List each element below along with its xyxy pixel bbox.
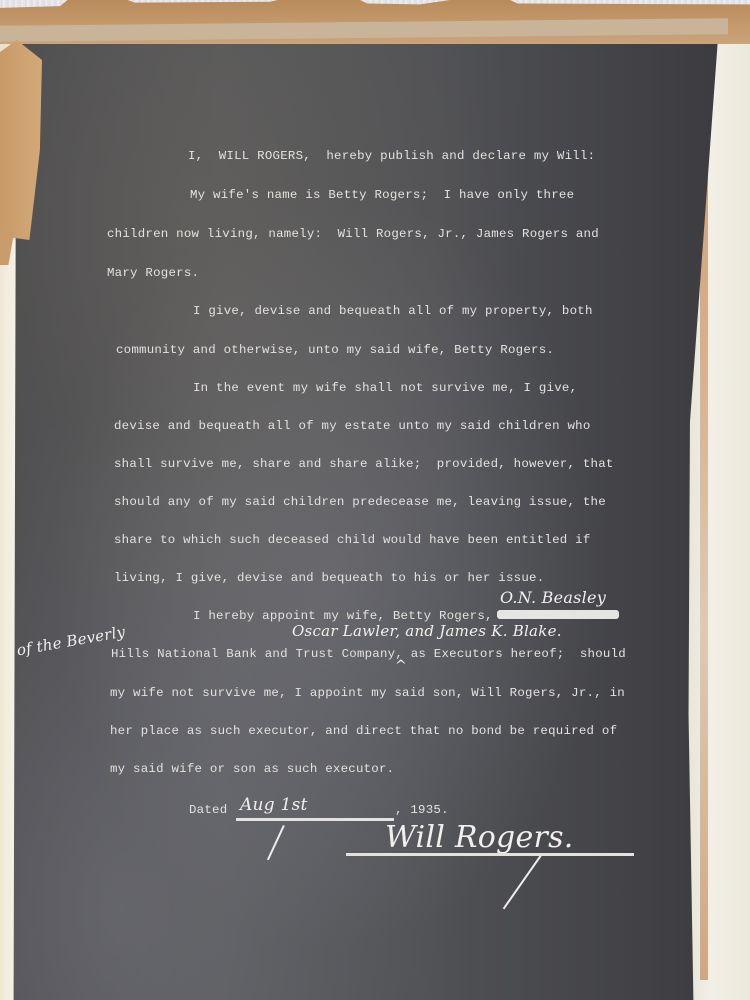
text-line: Mary Rogers. [107, 266, 199, 280]
text-line: my wife not survive me, I appoint my sai… [110, 686, 625, 700]
dated-label: Dated [189, 803, 227, 817]
struck-out-text [497, 610, 619, 619]
text-line: I give, devise and bequeath all of my pr… [193, 304, 593, 318]
date-underline [236, 818, 394, 821]
photo-scene: I, WILL ROGERS, hereby publish and decla… [0, 0, 750, 1000]
text-line: devise and bequeath all of my estate unt… [114, 419, 591, 433]
text-line: shall survive me, share and share alike;… [114, 457, 614, 471]
text-line: her place as such executor, and direct t… [110, 724, 617, 738]
text-line: My wife's name is Betty Rogers; I have o… [190, 188, 574, 202]
heading-line: I, WILL ROGERS, hereby publish and decla… [188, 149, 595, 163]
insertion-caret: ^ [395, 658, 407, 674]
text-line: living, I give, devise and bequeath to h… [114, 571, 544, 585]
handwritten-margin-note: of the Beverly [15, 623, 126, 660]
text-line: share to which such deceased child would… [114, 533, 591, 547]
text-line: my said wife or son as such executor. [110, 762, 394, 776]
signature: Will Rogers. [385, 820, 574, 855]
year-text: , 1935. [395, 803, 449, 817]
text-line: I hereby appoint my wife, Betty Rogers, [193, 609, 493, 623]
text-line: Hills National Bank and Trust Company, a… [111, 647, 626, 661]
document-text: I, WILL ROGERS, hereby publish and decla… [0, 0, 750, 1000]
signature-tail-stroke [503, 855, 542, 909]
signature-line [346, 853, 634, 856]
text-line: In the event my wife shall not survive m… [193, 381, 577, 395]
handwritten-insertion-beasley: O.N. Beasley [500, 588, 606, 607]
text-line: should any of my said children predeceas… [114, 495, 606, 509]
handwritten-insertion-executors: Oscar Lawler, and James K. Blake. [292, 622, 562, 640]
handwritten-date: Aug 1st [240, 795, 308, 815]
date-pen-stroke [267, 825, 284, 860]
text-line: community and otherwise, unto my said wi… [116, 343, 554, 357]
text-line: children now living, namely: Will Rogers… [107, 227, 599, 241]
